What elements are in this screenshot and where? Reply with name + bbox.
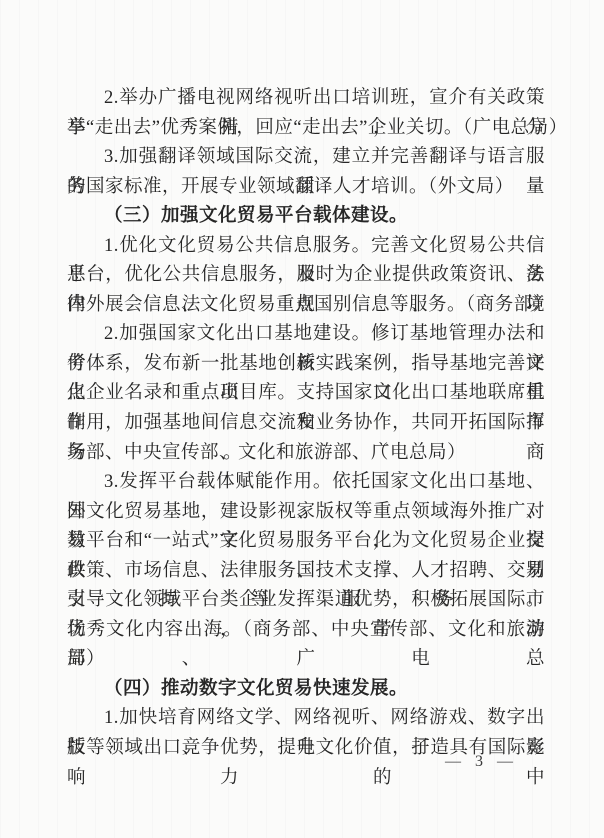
doc-line: 引导文化领域平台类企业发挥渠道优势，积极拓展国际市场，带动 — [67, 586, 545, 616]
doc-line: 优秀文化内容出海。（商务部、中央宣传部、文化和旅游部、广电总 — [67, 616, 545, 646]
doc-line: 2.加强国家文化出口基地建设。修订基地管理办法和考核评 — [67, 320, 545, 350]
doc-line: 2.举办广播电视网络视听出口培训班，宣介有关政策举措，分 — [67, 84, 545, 114]
doc-line: 的国家标准，开展专业领域翻译人才培训。（外文局） · — [67, 173, 545, 203]
doc-line: 价体系，发布新一批基地创新实践案例，指导基地完善文化出口重 — [67, 350, 545, 380]
doc-line: 外文化贸易基地，建设影视、版权等重点领域海外推广、数字化交 — [67, 498, 545, 528]
doc-line: 3.加强翻译领域国际交流，建立并完善翻译与语言服务质量 — [67, 143, 545, 173]
doc-line: 平台，优化公共信息服务，及时为企业提供政策资讯、法律法规、境 — [67, 261, 545, 291]
document-page: 2.举办广播电视网络视听出口培训班，宣介有关政策举措，分 享“走出去”优秀案例，… — [0, 0, 604, 838]
doc-line: 易平台和“一站式”文化贸易服务平台，为文化贸易企业提供国别 — [67, 527, 545, 557]
page-number: — 3 — — [0, 753, 518, 771]
doc-line: 1.加快培育网络文学、网络视听、网络游戏、数字出版、电子竞 — [67, 704, 545, 734]
doc-line: 点企业名录和重点项目库。支持国家文化出口基地联席机制发挥 — [67, 379, 545, 409]
page-content: 2.举办广播电视网络视听出口培训班，宣介有关政策举措，分 享“走出去”优秀案例，… — [67, 84, 545, 764]
doc-line: 内外展会信息、文化贸易重点国别信息等服务。（商务部） — [67, 291, 545, 321]
doc-line: 1.优化文化贸易公共信息服务。完善文化贸易公共信息服务 — [67, 232, 545, 262]
section-heading-3: （三）加强文化贸易平台载体建设。 — [67, 202, 545, 232]
doc-line: 作用，加强基地间信息交流和业务协作，共同开拓国际市场。（商 — [67, 409, 545, 439]
doc-line: 享“走出去”优秀案例，回应“走出去”企业关切。（广电总局） — [67, 114, 545, 144]
section-heading-4: （四）推动数字文化贸易快速发展。 — [67, 675, 545, 705]
doc-line: 3.发挥平台载体赋能作用。依托国家文化出口基地、国家对 — [67, 468, 545, 498]
doc-line: 政策、市场信息、法律服务、技术支撑、人才招聘、交易支持等服务。 — [67, 557, 545, 587]
